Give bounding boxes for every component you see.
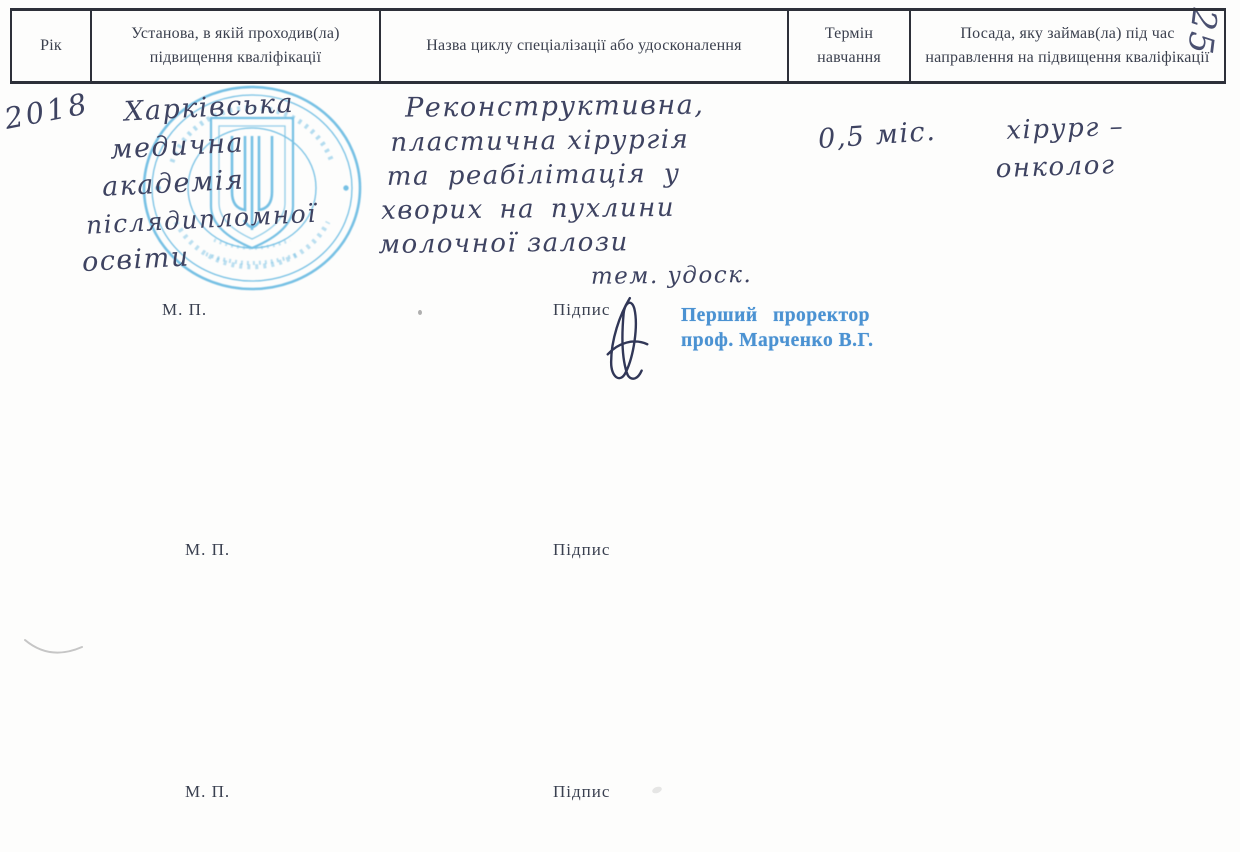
cycle-note-handwritten: тем. удоск. bbox=[591, 258, 753, 294]
entry-position-handwritten: хірург – онколог bbox=[994, 108, 1126, 188]
column-header-term: Термін навчання bbox=[787, 11, 909, 81]
entry-institution-handwritten: Харківська медична академія післядипломн… bbox=[73, 84, 319, 281]
position-line: онколог bbox=[995, 146, 1126, 189]
column-header-position: Посада, яку займав(ла) під час направлен… bbox=[909, 11, 1224, 81]
seal-place-label-2: М. П. bbox=[185, 540, 230, 560]
cycle-line: та реабілітація у bbox=[387, 156, 752, 194]
cycle-line: молочної залози bbox=[378, 224, 752, 262]
entry-term-handwritten: 0,5 міс. bbox=[817, 116, 937, 155]
seal-place-label-3: М. П. bbox=[185, 782, 230, 802]
scan-curve-artifact bbox=[20, 628, 90, 663]
column-header-cycle-name: Назва циклу спеціалізації або удосконале… bbox=[379, 11, 787, 81]
approver-stamp-text: Перший проректор проф. Марченко В.Г. bbox=[681, 303, 874, 353]
scan-smudge-artifact bbox=[651, 785, 662, 794]
column-header-institution: Установа, в якій проходив(ла) підвищення… bbox=[90, 11, 379, 81]
seal-place-label-1: М. П. bbox=[162, 300, 207, 320]
signature-scribble-icon bbox=[596, 290, 671, 389]
position-line: хірург – bbox=[1006, 108, 1125, 150]
signature-label-3: Підпис bbox=[553, 782, 610, 802]
entry-cycle-name-handwritten: Реконструктивна, пластична хірургія та р… bbox=[377, 88, 752, 296]
signature-label-2: Підпис bbox=[553, 540, 610, 560]
cycle-line: хворих на пухлини bbox=[381, 190, 752, 228]
table-header-row: Рік Установа, в якій проходив(ла) підвищ… bbox=[10, 8, 1226, 84]
scanned-document-page: 25 Рік Установа, в якій проходив(ла) під… bbox=[0, 0, 1240, 852]
cycle-line: пластична хірургія bbox=[390, 122, 751, 160]
approver-name: проф. Марченко В.Г. bbox=[681, 328, 874, 353]
column-header-year: Рік bbox=[12, 11, 90, 81]
scan-dot-artifact bbox=[418, 310, 422, 315]
approver-title: Перший проректор bbox=[681, 303, 874, 328]
cycle-line: Реконструктивна, bbox=[405, 88, 751, 126]
